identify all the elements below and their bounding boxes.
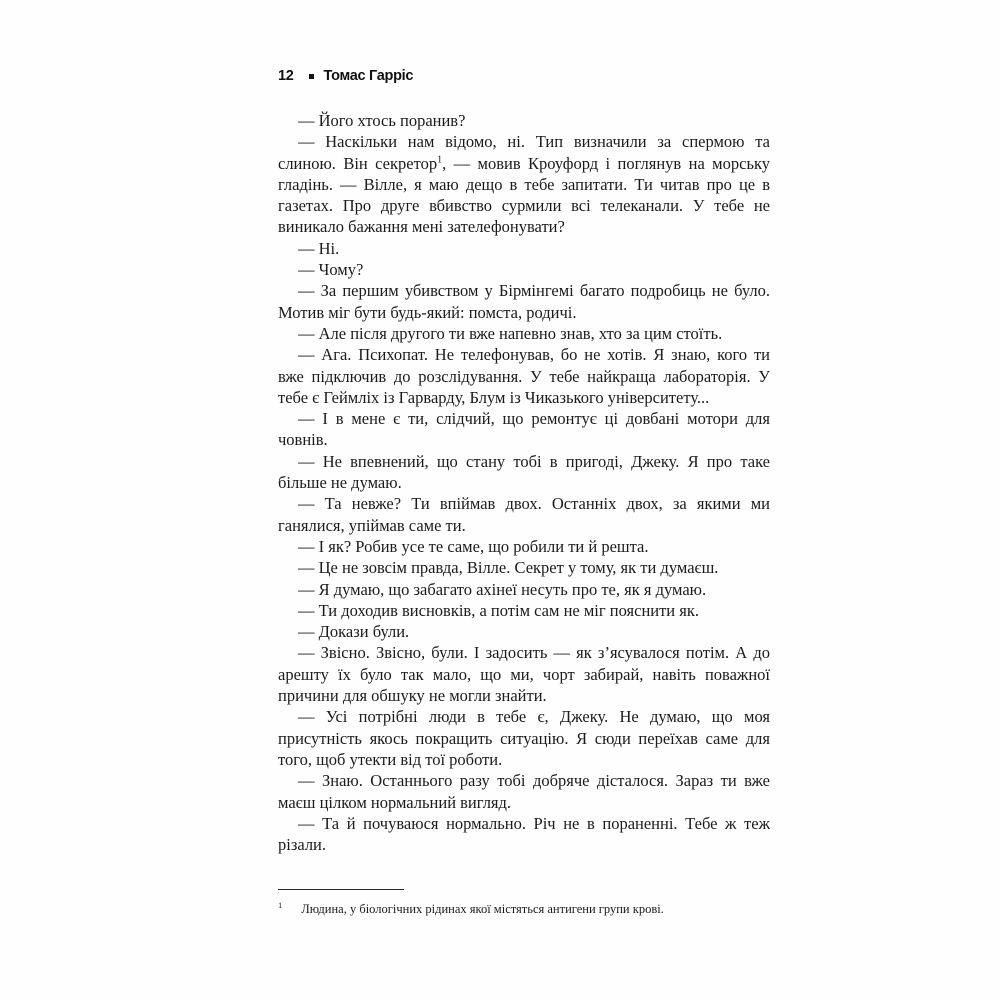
paragraph: — Усі потрібні люди в тебе є, Джеку. Не … [278,706,770,770]
footnote-divider [278,889,404,890]
paragraph: — Знаю. Останнього разу тобі добряче діс… [278,770,770,813]
page-text-block: — Його хтось поранив? — Наскільки нам ві… [278,110,770,855]
paragraph: — Та й почуваюся нормально. Річ не в пор… [278,813,770,856]
running-head: 12 Томас Гарріс [278,68,413,84]
paragraph: — Я думаю, що забагато ахінеї несуть про… [278,579,770,600]
footnote-marker: 1 [278,900,282,910]
paragraph: — Ага. Психопат. Не телефонував, бо не х… [278,344,770,408]
footnote: 1Людина, у біологічних рідинах якої міст… [278,889,770,917]
page-number: 12 [278,68,294,84]
paragraph: — Ні. [278,238,770,259]
paragraph: — І як? Робив усе те саме, що робили ти … [278,536,770,557]
footnote-text: Людина, у біологічних рідинах якої містя… [301,902,664,916]
paragraph: — Докази були. [278,621,770,642]
book-page: 12 Томас Гарріс — Його хтось поранив? — … [0,0,1000,1000]
paragraph: — Ти доходив висновків, а потім сам не м… [278,600,770,621]
footnote-line: 1Людина, у біологічних рідинах якої міст… [278,901,770,917]
paragraph: — За першим убивством у Бірмінгемі багат… [278,280,770,323]
paragraph: — Його хтось поранив? [278,110,770,131]
running-title: Томас Гарріс [324,68,414,84]
paragraph: — Не впевнений, що стану тобі в пригоді,… [278,451,770,494]
paragraph: — Чому? [278,259,770,280]
paragraph: — Звісно. Звісно, були. І задосить — як … [278,642,770,706]
paragraph: — Наскільки нам відомо, ні. Тип визначил… [278,131,770,237]
paragraph: — І в мене є ти, слідчий, що ремонтує ці… [278,408,770,451]
square-bullet-icon [309,74,314,79]
paragraph: — Та невже? Ти впіймав двох. Останніх дв… [278,493,770,536]
paragraph: — Це не зовсім правда, Вілле. Секрет у т… [278,557,770,578]
paragraph: — Але після другого ти вже напевно знав,… [278,323,770,344]
